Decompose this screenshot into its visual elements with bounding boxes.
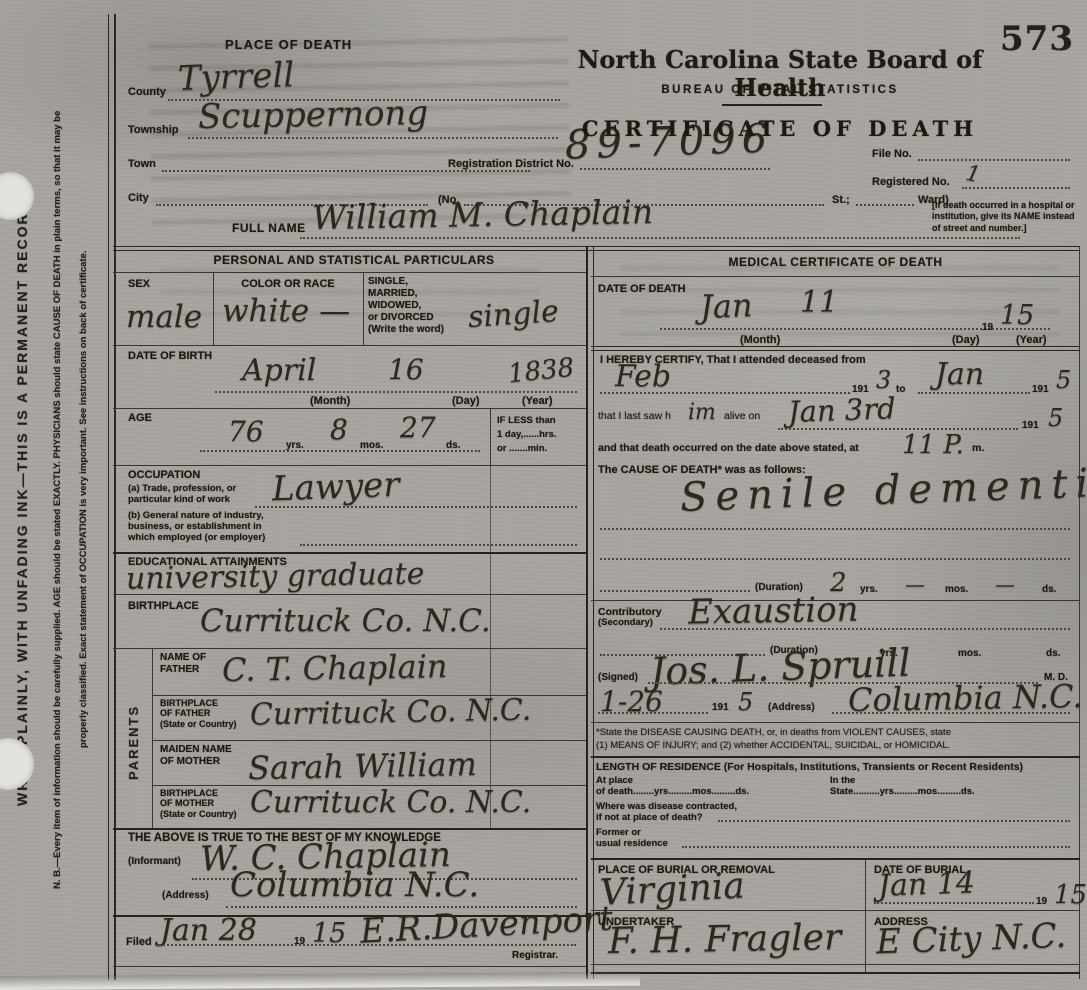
place-of-death-label: PLACE OF DEATH bbox=[225, 38, 352, 53]
city-label: City bbox=[128, 192, 149, 205]
contributory-value: Exaustion bbox=[688, 593, 859, 630]
registered-no-line bbox=[962, 187, 1070, 189]
county-value: Tyrrell bbox=[177, 58, 294, 96]
full-name-label: FULL NAME bbox=[232, 222, 306, 236]
registrar-signature: E.R.Davenport bbox=[359, 901, 613, 948]
former-residence-label: Former or usual residence bbox=[596, 828, 668, 850]
attended-to-line bbox=[918, 392, 1030, 394]
file-no-label: File No. bbox=[872, 148, 912, 161]
row-line bbox=[591, 346, 1080, 351]
cause-duration-days: — bbox=[995, 574, 1015, 594]
age-years-value: 76 bbox=[228, 418, 264, 446]
dob-day-sublabel: (Day) bbox=[452, 395, 480, 408]
top-section-divider bbox=[113, 246, 1080, 251]
row-line bbox=[591, 756, 1080, 758]
row-line bbox=[113, 828, 586, 830]
hospital-note: [If death occurred in a hospital or inst… bbox=[932, 200, 1078, 234]
last-saw-prefix: that I last saw h bbox=[598, 410, 671, 422]
burial-cell-line bbox=[865, 858, 866, 973]
date-of-birth-label: DATE OF BIRTH bbox=[128, 350, 212, 363]
st-line bbox=[856, 204, 914, 206]
last-saw-line bbox=[778, 428, 1018, 430]
attended-from-year-value: 3 bbox=[876, 368, 891, 392]
father-name-label: NAME OF FATHER bbox=[160, 652, 206, 675]
burial-year-value: 15 bbox=[1054, 882, 1087, 908]
death-time-value: 11 P. bbox=[902, 432, 964, 458]
registered-no-label: Registered No. bbox=[872, 176, 950, 189]
certificate-title: CERTIFICATE OF DEATH bbox=[560, 117, 1000, 141]
where-contracted-label: Where was disease contracted, if not at … bbox=[596, 802, 737, 824]
full-name-value: William M. Chaplain bbox=[312, 195, 654, 234]
county-label: County bbox=[128, 86, 166, 99]
township-label: Township bbox=[128, 124, 179, 137]
father-name-value: C. T. Chaplain bbox=[222, 650, 448, 686]
signed-year-value: 5 bbox=[738, 690, 753, 714]
dob-year-sublabel: (Year) bbox=[522, 395, 553, 408]
cell-line-faint bbox=[490, 465, 491, 828]
row-line bbox=[591, 276, 1080, 277]
scan-bottom-edge bbox=[0, 972, 640, 990]
education-value: university graduate bbox=[126, 559, 425, 594]
occupation-a-label: (a) Trade, profession, or particular kin… bbox=[128, 484, 236, 506]
mother-name-label: MAIDEN NAME OF MOTHER bbox=[160, 744, 232, 767]
row-line bbox=[152, 740, 586, 741]
dod-day-value: 11 bbox=[800, 288, 838, 318]
filed-label: Filed bbox=[126, 936, 152, 949]
informant-address-label: (Address) bbox=[162, 890, 209, 902]
dod-year-prefix: 19 bbox=[982, 322, 993, 334]
marital-status-label: SINGLE, MARRIED, WIDOWED, or DIVORCED (W… bbox=[368, 276, 444, 336]
mother-birthplace-label: BIRTHPLACE OF MOTHER (State or Country) bbox=[160, 788, 237, 819]
right-edge-line bbox=[1079, 246, 1080, 979]
personal-section-title: PERSONAL AND STATISTICAL PARTICULARS bbox=[122, 254, 586, 268]
sex-label: SEX bbox=[128, 278, 150, 291]
father-birthplace-label: BIRTHPLACE OF FATHER (State or Country) bbox=[160, 698, 237, 729]
dod-month-sublabel: (Month) bbox=[740, 334, 780, 347]
occupation-a-line bbox=[255, 506, 577, 508]
age-months-value: 8 bbox=[330, 416, 348, 444]
age-line bbox=[200, 450, 480, 452]
birthplace-value: Currituck Co. N.C. bbox=[200, 606, 491, 637]
duration-ds-label: ds. bbox=[1042, 584, 1056, 596]
dod-month-value: Jan bbox=[699, 289, 753, 323]
occupation-a-value: Lawyer bbox=[271, 468, 400, 506]
row-line bbox=[591, 910, 1080, 911]
dob-year-value: 1838 bbox=[507, 355, 576, 388]
row-line bbox=[591, 964, 1080, 965]
bureau-rule bbox=[722, 104, 822, 106]
margin-nb-note-line1: N. B.—Every item of information should b… bbox=[52, 12, 63, 987]
last-saw-mid: alive on bbox=[724, 410, 760, 422]
parents-cell-line bbox=[152, 648, 153, 828]
signed-address-line bbox=[832, 712, 1070, 714]
registration-district-label: Registration District No. bbox=[448, 158, 574, 171]
margin-divider bbox=[108, 14, 116, 980]
color-race-value: white — bbox=[222, 296, 350, 327]
column-divider bbox=[586, 246, 594, 979]
color-race-label: COLOR OR RACE bbox=[213, 278, 363, 291]
cell-line bbox=[490, 408, 491, 465]
cell-line bbox=[363, 272, 364, 345]
cause-line2 bbox=[600, 558, 1070, 560]
bureau-subtitle: BUREAU OF VITAL STATISTICS bbox=[560, 84, 1000, 97]
registered-no-value: 1 bbox=[964, 163, 982, 187]
margin-warning-text: WRITE PLAINLY, WITH UNFADING INK—THIS IS… bbox=[14, 20, 30, 980]
residence-in-state-label: In the State..........yrs.........mos...… bbox=[830, 776, 975, 798]
attended-from-value: Feb bbox=[615, 362, 671, 392]
signed-year-prefix: 191 bbox=[712, 702, 729, 714]
burial-date-value: Jan 14 bbox=[878, 868, 976, 901]
burial-place-value: Virginia bbox=[599, 868, 745, 912]
death-time-suffix: m. bbox=[972, 442, 984, 454]
if-less-than-label: IF LESS than 1 day,......hrs. or .......… bbox=[497, 414, 557, 455]
last-saw-year-value: 5 bbox=[1048, 406, 1063, 430]
informant-label: (Informant) bbox=[128, 856, 181, 868]
duration2-ds-label: ds. bbox=[1046, 648, 1060, 660]
row-line bbox=[113, 966, 586, 967]
attended-to-year-prefix: 191 bbox=[1032, 384, 1049, 396]
filed-line bbox=[156, 944, 576, 946]
mother-name-value: Sarah William bbox=[248, 748, 477, 784]
attended-to-year-value: 5 bbox=[1056, 368, 1071, 392]
duration2-mos-label: mos. bbox=[958, 648, 981, 660]
dob-month-sublabel: (Month) bbox=[310, 395, 350, 408]
registration-district-line bbox=[580, 168, 770, 170]
registrar-label: Registrar. bbox=[512, 950, 558, 962]
undertaker-address-value: E City N.C. bbox=[875, 919, 1066, 960]
attended-to-label: to bbox=[896, 384, 905, 396]
full-name-line bbox=[300, 237, 1020, 239]
duration-mos-label: mos. bbox=[945, 584, 968, 596]
occupation-b-line bbox=[300, 544, 577, 546]
bottom-line bbox=[591, 972, 1080, 974]
cause-line1 bbox=[600, 528, 1070, 530]
duration-yrs-label: yrs. bbox=[860, 584, 878, 596]
dob-month-value: April bbox=[242, 356, 316, 386]
file-no-line bbox=[918, 159, 1070, 161]
dod-year-value: 15 bbox=[1000, 302, 1034, 329]
residence-title: LENGTH OF RESIDENCE (For Hospitals, Inst… bbox=[596, 761, 1023, 773]
death-certificate-scan: WRITE PLAINLY, WITH UNFADING INK—THIS IS… bbox=[0, 0, 1087, 990]
cause-duration-months: — bbox=[905, 574, 925, 594]
contributory-line bbox=[660, 628, 1070, 630]
row-line bbox=[113, 552, 586, 554]
last-saw-date-value: Jan 3rd bbox=[788, 394, 897, 427]
dob-line bbox=[215, 391, 577, 393]
dod-day-sublabel: (Day) bbox=[952, 334, 980, 347]
marital-status-value: single bbox=[467, 297, 560, 333]
signed-label: (Signed) bbox=[598, 672, 638, 684]
residence-at-place-label: At place of death........yrs.........mos… bbox=[596, 776, 749, 798]
mother-birthplace-value: Currituck Co. N.C. bbox=[250, 788, 531, 818]
dod-year-sublabel: (Year) bbox=[1016, 334, 1047, 347]
death-occurred-text: and that death occurred on the date abov… bbox=[598, 442, 859, 454]
last-saw-year-prefix: 191 bbox=[1022, 420, 1039, 432]
secondary-label: (Secondary) bbox=[598, 618, 653, 629]
row-line bbox=[113, 408, 586, 409]
date-of-death-label: DATE OF DEATH bbox=[598, 283, 686, 296]
dob-day-value: 16 bbox=[388, 356, 424, 384]
margin-nb-note-line2: properly classified. Exact statement of … bbox=[78, 12, 89, 987]
row-line bbox=[113, 345, 586, 346]
age-label: AGE bbox=[128, 412, 152, 425]
burial-year-prefix: 19 bbox=[1036, 896, 1047, 908]
birthplace-label: BIRTHPLACE bbox=[128, 600, 199, 613]
signed-address-value: Columbia N.C. bbox=[848, 680, 1083, 716]
township-line bbox=[188, 137, 558, 139]
row-line bbox=[113, 272, 586, 273]
township-value: Scuppernong bbox=[198, 96, 429, 134]
page-number: 573 bbox=[1000, 20, 1074, 59]
age-days-value: 27 bbox=[400, 414, 436, 442]
undertaker-value: F. H. Fragler bbox=[608, 920, 842, 960]
attended-to-value: Jan bbox=[935, 360, 984, 390]
signed-date-line bbox=[598, 712, 708, 714]
st-label: St.; bbox=[832, 194, 850, 207]
father-birthplace-value: Currituck Co. N.C. bbox=[250, 696, 532, 731]
medical-section-title: MEDICAL CERTIFICATE OF DEATH bbox=[591, 256, 1080, 270]
former-residence-line bbox=[682, 846, 1070, 848]
cause-footnote: *State the DISEASE CAUSING DEATH, or, in… bbox=[596, 727, 1078, 753]
parents-label: PARENTS bbox=[126, 672, 141, 812]
last-saw-him: im bbox=[688, 402, 716, 424]
filed-date-value: Jan 28 bbox=[160, 916, 257, 946]
sex-value: male bbox=[126, 302, 202, 333]
where-contracted-line bbox=[718, 820, 1070, 822]
occupation-label: OCCUPATION bbox=[128, 469, 200, 482]
row-line bbox=[591, 722, 1080, 723]
town-label: Town bbox=[128, 158, 156, 171]
occupation-b-label: (b) General nature of industry, business… bbox=[128, 511, 265, 544]
filed-year-value: 15 bbox=[312, 920, 346, 947]
signed-address-label: (Address) bbox=[768, 702, 815, 714]
row-line bbox=[591, 858, 1080, 860]
burial-date-line bbox=[874, 902, 1034, 904]
informant-address-value: Columbia N.C. bbox=[230, 868, 479, 902]
row-line bbox=[113, 594, 586, 595]
